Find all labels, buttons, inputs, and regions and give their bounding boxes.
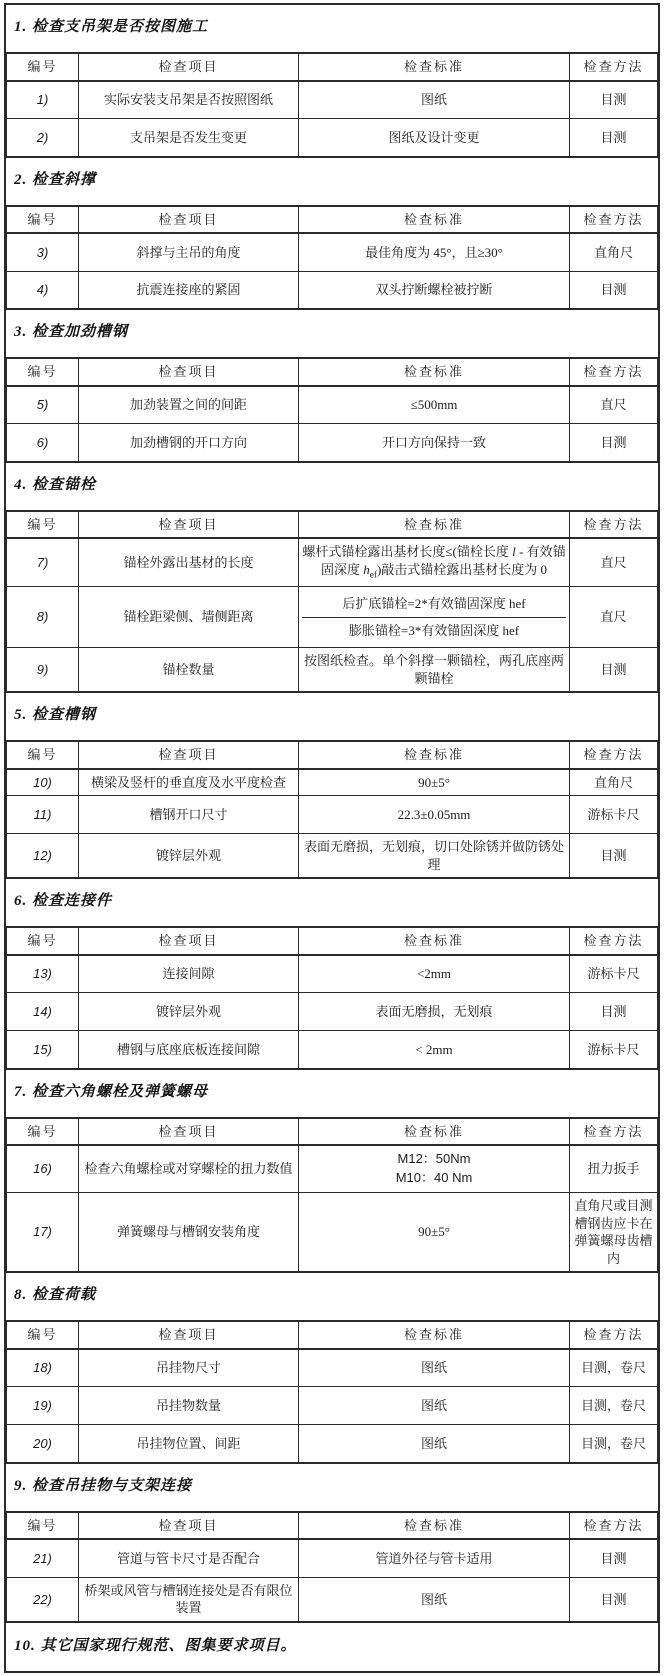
header-item: 检查项目: [79, 1512, 299, 1540]
item-cell: 吊挂物位置、间距: [79, 1425, 299, 1463]
header-item: 检查项目: [79, 1118, 299, 1146]
standard-cell: 表面无磨损，无划痕: [299, 993, 570, 1031]
header-no: 编号: [7, 1512, 79, 1540]
standard-cell: ≤500mm: [299, 386, 570, 424]
method-cell: 游标卡尺: [570, 1031, 658, 1069]
section-3-title: 3. 检查加劲槽钢: [6, 310, 658, 357]
table-row: 3) 斜撑与主吊的角度 最佳角度为 45°，且≥30° 直角尺: [7, 233, 658, 271]
header-method: 检查方法: [570, 206, 658, 234]
method-cell: 目测: [570, 993, 658, 1031]
table-row: 21) 管道与管卡尺寸是否配合 管道外径与管卡适用 目测: [7, 1539, 658, 1577]
section-1-table: 编号 检查项目 检查标准 检查方法 1) 实际安装支吊架是否按照图纸 图纸 目测…: [6, 52, 658, 158]
standard-cell-split: 后扩底锚栓=2*有效锚固深度 hef 膨胀锚栓=3*有效锚固深度 hef: [299, 586, 570, 647]
row-number: 1): [7, 81, 79, 119]
table-header-row: 编号 检查项目 检查标准 检查方法: [7, 358, 658, 386]
method-cell: 目测，卷尺: [570, 1425, 658, 1463]
header-method: 检查方法: [570, 1321, 658, 1349]
header-method: 检查方法: [570, 53, 658, 81]
header-standard: 检查标准: [299, 53, 570, 81]
header-no: 编号: [7, 511, 79, 539]
table-row: 14) 镀锌层外观 表面无磨损，无划痕 目测: [7, 993, 658, 1031]
method-cell: 目测: [570, 648, 658, 693]
section-2-table: 编号 检查项目 检查标准 检查方法 3) 斜撑与主吊的角度 最佳角度为 45°，…: [6, 205, 658, 311]
header-standard: 检查标准: [299, 511, 570, 539]
item-cell: 弹簧螺母与槽钢安装角度: [79, 1193, 299, 1273]
header-item: 检查项目: [79, 927, 299, 955]
standard-cell: 图纸: [299, 1387, 570, 1425]
header-method: 检查方法: [570, 358, 658, 386]
standard-line: M12：50Nm: [302, 1150, 566, 1169]
standard-text: 螺杆式锚栓露出基材长度≤(锚栓长度: [302, 544, 512, 559]
item-cell: 桥架或风管与槽钢连接处是否有限位装置: [79, 1577, 299, 1622]
section-9-title: 9. 检查吊挂物与支架连接: [6, 1464, 658, 1511]
standard-cell: <2mm: [299, 955, 570, 993]
method-cell: 目测: [570, 1577, 658, 1622]
header-no: 编号: [7, 1118, 79, 1146]
item-cell: 抗震连接座的紧固: [79, 271, 299, 309]
table-row: 8) 锚栓距梁侧、墙侧距离 后扩底锚栓=2*有效锚固深度 hef 膨胀锚栓=3*…: [7, 586, 658, 647]
header-no: 编号: [7, 53, 79, 81]
table-header-row: 编号 检查项目 检查标准 检查方法: [7, 1512, 658, 1540]
item-cell: 镀锌层外观: [79, 993, 299, 1031]
method-cell: 目测: [570, 424, 658, 462]
row-number: 16): [7, 1145, 79, 1192]
section-4-title: 4. 检查锚栓: [6, 463, 658, 510]
row-number: 12): [7, 834, 79, 879]
row-number: 21): [7, 1539, 79, 1577]
row-number: 18): [7, 1349, 79, 1387]
table-row: 17) 弹簧螺母与槽钢安装角度 90±5° 直角尺或目测槽钢齿应卡在弹簧螺母齿槽…: [7, 1193, 658, 1273]
row-number: 13): [7, 955, 79, 993]
item-cell: 镀锌层外观: [79, 834, 299, 879]
header-method: 检查方法: [570, 1118, 658, 1146]
section-8-table: 编号 检查项目 检查标准 检查方法 18) 吊挂物尺寸 图纸 目测，卷尺 19)…: [6, 1320, 658, 1464]
section-3-table: 编号 检查项目 检查标准 检查方法 5) 加劲装置之间的间距 ≤500mm 直尺…: [6, 357, 658, 463]
standard-cell: 图纸: [299, 1425, 570, 1463]
method-cell: 目测: [570, 1539, 658, 1577]
section-5-table: 编号 检查项目 检查标准 检查方法 10) 横梁及竖杆的垂直度及水平度检查 90…: [6, 740, 658, 879]
method-cell: 游标卡尺: [570, 796, 658, 834]
standard-cell: < 2mm: [299, 1031, 570, 1069]
table-row: 7) 锚栓外露出基材的长度 螺杆式锚栓露出基材长度≤(锚栓长度 l - 有效锚固…: [7, 538, 658, 586]
standard-cell: 双头拧断螺栓被拧断: [299, 271, 570, 309]
row-number: 11): [7, 796, 79, 834]
header-standard: 检查标准: [299, 1321, 570, 1349]
method-cell: 直尺: [570, 586, 658, 647]
table-row: 20) 吊挂物位置、间距 图纸 目测，卷尺: [7, 1425, 658, 1463]
table-row: 12) 镀锌层外观 表面无磨损，无划痕，切口处除锈并做防锈处理 目测: [7, 834, 658, 879]
table-row: 1) 实际安装支吊架是否按照图纸 图纸 目测: [7, 81, 658, 119]
standard-line: M10：40 Nm: [302, 1169, 566, 1188]
section-8-title: 8. 检查荷载: [6, 1273, 658, 1320]
table-row: 10) 横梁及竖杆的垂直度及水平度检查 90±5° 直角尺: [7, 769, 658, 796]
method-cell: 目测: [570, 271, 658, 309]
row-number: 20): [7, 1425, 79, 1463]
item-cell: 检查六角螺栓或对穿螺栓的扭力数值: [79, 1145, 299, 1192]
header-item: 检查项目: [79, 741, 299, 769]
row-number: 17): [7, 1193, 79, 1273]
table-header-row: 编号 检查项目 检查标准 检查方法: [7, 53, 658, 81]
method-cell: 直尺: [570, 386, 658, 424]
item-cell: 锚栓数量: [79, 648, 299, 693]
header-item: 检查项目: [79, 1321, 299, 1349]
section-1-title: 1. 检查支吊架是否按图施工: [6, 5, 658, 52]
table-row: 11) 槽钢开口尺寸 22.3±0.05mm 游标卡尺: [7, 796, 658, 834]
standard-cell: 管道外径与管卡适用: [299, 1539, 570, 1577]
standard-text: )敲击式锚栓露出基材长度为 0: [377, 562, 547, 577]
standard-cell: 按图纸检查。单个斜撑一颗锚栓，两孔底座两颗锚栓: [299, 648, 570, 693]
inspection-checklist-document: 1. 检查支吊架是否按图施工 编号 检查项目 检查标准 检查方法 1) 实际安装…: [4, 3, 660, 1673]
method-cell: 目测: [570, 119, 658, 157]
item-cell: 管道与管卡尺寸是否配合: [79, 1539, 299, 1577]
standard-cell: M12：50Nm M10：40 Nm: [299, 1145, 570, 1192]
table-header-row: 编号 检查项目 检查标准 检查方法: [7, 1321, 658, 1349]
item-cell: 实际安装支吊架是否按照图纸: [79, 81, 299, 119]
table-header-row: 编号 检查项目 检查标准 检查方法: [7, 511, 658, 539]
header-no: 编号: [7, 741, 79, 769]
section-4-table: 编号 检查项目 检查标准 检查方法 7) 锚栓外露出基材的长度 螺杆式锚栓露出基…: [6, 510, 658, 694]
method-cell: 目测，卷尺: [570, 1387, 658, 1425]
table-row: 9) 锚栓数量 按图纸检查。单个斜撑一颗锚栓，两孔底座两颗锚栓 目测: [7, 648, 658, 693]
item-cell: 锚栓距梁侧、墙侧距离: [79, 586, 299, 647]
header-no: 编号: [7, 358, 79, 386]
standard-subcell: 膨胀锚栓=3*有效锚固深度 hef: [302, 618, 566, 644]
method-cell: 目测，卷尺: [570, 1349, 658, 1387]
standard-subcell: 后扩底锚栓=2*有效锚固深度 hef: [302, 591, 566, 618]
item-cell: 吊挂物数量: [79, 1387, 299, 1425]
section-9-table: 编号 检查项目 检查标准 检查方法 21) 管道与管卡尺寸是否配合 管道外径与管…: [6, 1511, 658, 1623]
table-header-row: 编号 检查项目 检查标准 检查方法: [7, 1118, 658, 1146]
header-standard: 检查标准: [299, 927, 570, 955]
item-cell: 加劲槽钢的开口方向: [79, 424, 299, 462]
section-5-title: 5. 检查槽钢: [6, 693, 658, 740]
section-7-table: 编号 检查项目 检查标准 检查方法 16) 检查六角螺栓或对穿螺栓的扭力数值 M…: [6, 1117, 658, 1273]
header-item: 检查项目: [79, 511, 299, 539]
header-no: 编号: [7, 206, 79, 234]
method-cell: 直角尺: [570, 233, 658, 271]
standard-cell: 90±5°: [299, 769, 570, 796]
standard-cell: 90±5°: [299, 1193, 570, 1273]
table-row: 2) 支吊架是否发生变更 图纸及设计变更 目测: [7, 119, 658, 157]
header-standard: 检查标准: [299, 206, 570, 234]
method-cell: 扭力扳手: [570, 1145, 658, 1192]
row-number: 10): [7, 769, 79, 796]
section-6-table: 编号 检查项目 检查标准 检查方法 13) 连接间隙 <2mm 游标卡尺 14)…: [6, 926, 658, 1070]
item-cell: 加劲装置之间的间距: [79, 386, 299, 424]
item-cell: 槽钢与底座底板连接间隙: [79, 1031, 299, 1069]
header-method: 检查方法: [570, 927, 658, 955]
section-7-title: 7. 检查六角螺栓及弹簧螺母: [6, 1070, 658, 1117]
method-cell: 直角尺: [570, 769, 658, 796]
row-number: 15): [7, 1031, 79, 1069]
table-header-row: 编号 检查项目 检查标准 检查方法: [7, 206, 658, 234]
table-row: 18) 吊挂物尺寸 图纸 目测，卷尺: [7, 1349, 658, 1387]
table-row: 4) 抗震连接座的紧固 双头拧断螺栓被拧断 目测: [7, 271, 658, 309]
item-cell: 连接间隙: [79, 955, 299, 993]
standard-cell: 开口方向保持一致: [299, 424, 570, 462]
table-row: 16) 检查六角螺栓或对穿螺栓的扭力数值 M12：50Nm M10：40 Nm …: [7, 1145, 658, 1192]
header-item: 检查项目: [79, 53, 299, 81]
row-number: 8): [7, 586, 79, 647]
row-number: 22): [7, 1577, 79, 1622]
row-number: 9): [7, 648, 79, 693]
section-6-title: 6. 检查连接件: [6, 879, 658, 926]
header-standard: 检查标准: [299, 741, 570, 769]
header-item: 检查项目: [79, 358, 299, 386]
table-header-row: 编号 检查项目 检查标准 检查方法: [7, 741, 658, 769]
header-method: 检查方法: [570, 1512, 658, 1540]
standard-cell: 螺杆式锚栓露出基材长度≤(锚栓长度 l - 有效锚固深度 hef)敲击式锚栓露出…: [299, 538, 570, 586]
item-cell: 槽钢开口尺寸: [79, 796, 299, 834]
standard-cell: 22.3±0.05mm: [299, 796, 570, 834]
header-standard: 检查标准: [299, 1512, 570, 1540]
standard-cell: 表面无磨损，无划痕，切口处除锈并做防锈处理: [299, 834, 570, 879]
row-number: 3): [7, 233, 79, 271]
table-row: 6) 加劲槽钢的开口方向 开口方向保持一致 目测: [7, 424, 658, 462]
method-cell: 游标卡尺: [570, 955, 658, 993]
closing-note: 10. 其它国家现行规范、图集要求项目。: [6, 1623, 658, 1671]
table-row: 5) 加劲装置之间的间距 ≤500mm 直尺: [7, 386, 658, 424]
item-cell: 横梁及竖杆的垂直度及水平度检查: [79, 769, 299, 796]
standard-cell: 最佳角度为 45°，且≥30°: [299, 233, 570, 271]
method-cell: 直尺: [570, 538, 658, 586]
table-row: 19) 吊挂物数量 图纸 目测，卷尺: [7, 1387, 658, 1425]
section-2-title: 2. 检查斜撑: [6, 158, 658, 205]
row-number: 5): [7, 386, 79, 424]
standard-cell: 图纸: [299, 1577, 570, 1622]
method-cell: 目测: [570, 834, 658, 879]
variable-h-subscript: ef: [370, 570, 377, 580]
item-cell: 锚栓外露出基材的长度: [79, 538, 299, 586]
table-header-row: 编号 检查项目 检查标准 检查方法: [7, 927, 658, 955]
header-method: 检查方法: [570, 741, 658, 769]
header-standard: 检查标准: [299, 358, 570, 386]
header-method: 检查方法: [570, 511, 658, 539]
item-cell: 支吊架是否发生变更: [79, 119, 299, 157]
row-number: 19): [7, 1387, 79, 1425]
item-cell: 斜撑与主吊的角度: [79, 233, 299, 271]
row-number: 7): [7, 538, 79, 586]
table-row: 13) 连接间隙 <2mm 游标卡尺: [7, 955, 658, 993]
header-no: 编号: [7, 927, 79, 955]
row-number: 4): [7, 271, 79, 309]
method-cell: 直角尺或目测槽钢齿应卡在弹簧螺母齿槽内: [570, 1193, 658, 1273]
table-row: 22) 桥架或风管与槽钢连接处是否有限位装置 图纸 目测: [7, 1577, 658, 1622]
row-number: 2): [7, 119, 79, 157]
table-row: 15) 槽钢与底座底板连接间隙 < 2mm 游标卡尺: [7, 1031, 658, 1069]
header-item: 检查项目: [79, 206, 299, 234]
header-standard: 检查标准: [299, 1118, 570, 1146]
standard-cell: 图纸: [299, 1349, 570, 1387]
standard-cell: 图纸: [299, 81, 570, 119]
row-number: 6): [7, 424, 79, 462]
item-cell: 吊挂物尺寸: [79, 1349, 299, 1387]
standard-cell: 图纸及设计变更: [299, 119, 570, 157]
header-no: 编号: [7, 1321, 79, 1349]
method-cell: 目测: [570, 81, 658, 119]
row-number: 14): [7, 993, 79, 1031]
